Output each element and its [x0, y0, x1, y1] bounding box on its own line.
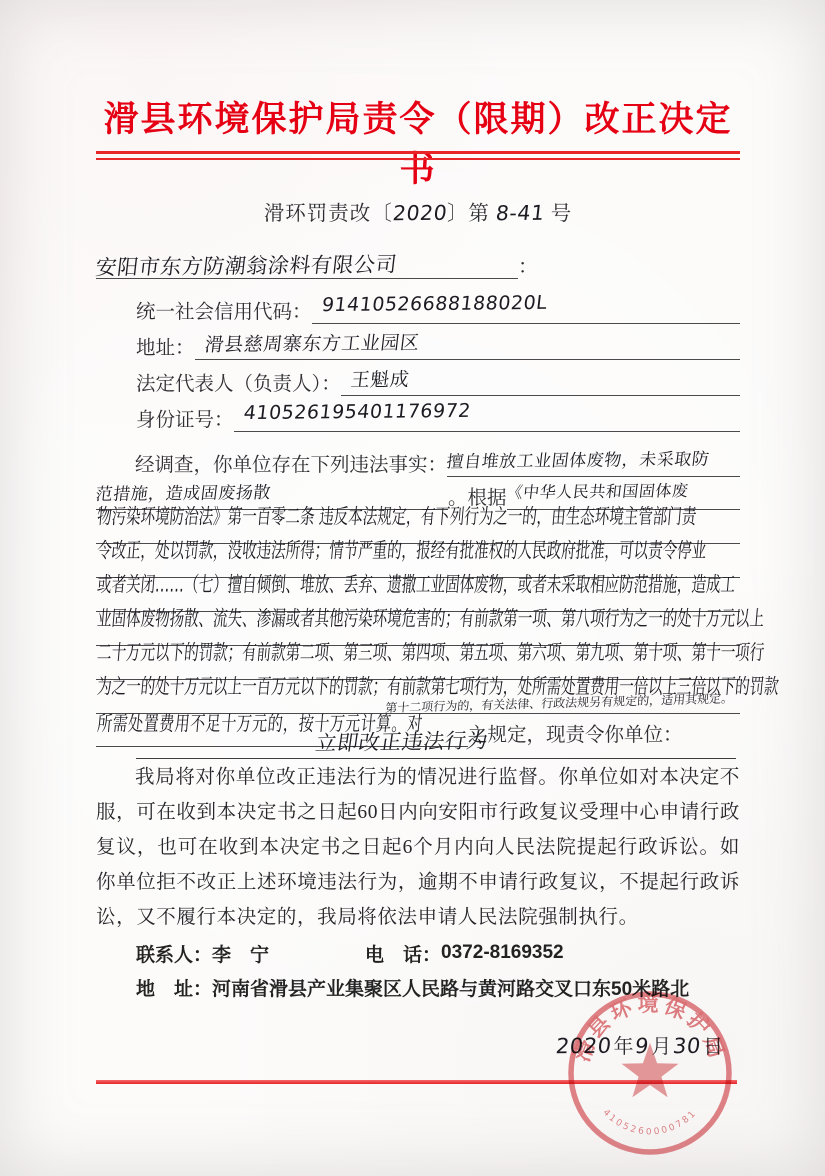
field-row-id-number: 身份证号： 410526195401176972: [136, 396, 740, 432]
order-handwritten: 立即改正违法行为: [314, 725, 491, 758]
field-underline: 91410526688188020L: [312, 293, 740, 324]
field-row-address: 地址： 滑县慈周寨东方工业园区: [136, 324, 740, 360]
doc-number-prefix: 滑环罚责改〔: [264, 203, 393, 225]
info-fields: 统一社会信用代码： 91410526688188020L 地址： 滑县慈周寨东方…: [96, 288, 740, 432]
scanned-document-page: 滑县环境保护局责令（限期）改正决定书 滑环罚责改〔2020〕第 8-41 号 安…: [0, 0, 825, 1176]
law-line-text: 二十万元以下的罚款；有前款第二项、第三项、第四项、第五项、第六项、第九项、第十项…: [96, 637, 766, 667]
field-label: 统一社会信用代码：: [136, 296, 312, 324]
supervision-paragraph: 我局将对你单位改正违法行为的情况进行监督。你单位如对本决定不服，可在收到本决定书…: [96, 760, 740, 935]
facts-lead-line: 经调查，你单位存在下列违法事实： 擅自堆放工业固体废物，未采取防: [96, 444, 740, 477]
field-label: 身份证号：: [136, 404, 234, 432]
field-label: 法定代表人（负责人）：: [136, 368, 341, 396]
doc-number-close: 〕第: [447, 203, 490, 225]
contact-person-name: 李 宁: [212, 940, 269, 967]
doc-number-line: 滑环罚责改〔2020〕第 8-41 号: [96, 196, 740, 226]
field-row-legal-rep: 法定代表人（负责人）： 王魁成: [136, 360, 740, 396]
field-underline: 410526195401176972: [234, 401, 740, 432]
contact-row-person: 联系人： 李 宁 电 话： 0372-8169352: [136, 936, 740, 970]
facts-section: 经调查，你单位存在下列违法事实： 擅自堆放工业固体废物，未采取防 范措施，造成固…: [96, 444, 740, 747]
seal-code-text: 4105260000781: [601, 1108, 700, 1138]
contact-person-label: 联系人：: [136, 940, 212, 967]
law-line-text: 或者关闭……（七）擅自倾倒、堆放、丢弃、遗撒工业固体废物，或者未采取相应防范措施…: [96, 569, 737, 599]
doc-number-num-handwritten: 8-41: [495, 201, 546, 226]
facts-underline-1: 擅自堆放工业固体废物，未采取防: [447, 446, 740, 477]
svg-text:4105260000781: 4105260000781: [601, 1108, 700, 1138]
correction-order-line: 立即改正违法行为: [136, 726, 736, 759]
basis-start-handwritten: 《中华人民共和国固体废: [505, 478, 689, 503]
legal-rep-handwritten: 王魁成: [349, 365, 411, 393]
doc-number-suffix: 号: [551, 203, 573, 225]
contact-addr-label: 地 址：: [136, 974, 212, 1001]
field-underline: 王魁成: [341, 365, 740, 396]
recipient-colon: ：: [518, 250, 538, 279]
document-title: 滑县环境保护局责令（限期）改正决定书: [96, 92, 740, 192]
credit-code-handwritten: 91410526688188020L: [320, 292, 548, 316]
field-label: 地址：: [136, 332, 195, 360]
id-number-handwritten: 410526195401176972: [242, 400, 471, 424]
official-seal: 滑县环境保护局 4105260000781: [562, 983, 742, 1163]
field-underline: 滑县慈周寨东方工业园区: [195, 329, 740, 360]
facts-handwritten-1: 擅自堆放工业固体废物，未采取防: [445, 445, 711, 473]
recipient-line: 安阳市东方防潮翁涂料有限公司 ：: [96, 250, 740, 279]
contact-phone-label: 电 话：: [365, 940, 441, 967]
facts-lead-text: 经调查，你单位存在下列违法事实：: [96, 449, 447, 477]
field-row-credit-code: 统一社会信用代码： 91410526688188020L: [136, 288, 740, 324]
law-line-text: 物污染环境防治法》第一百零二条 违反本法规定，有下列行为之一的，由生态环境主管部…: [96, 501, 698, 531]
law-line-text: 业固体废物扬散、流失、渗漏或者其他污染环境危害的；有前款第一项、第八项行为之一的…: [96, 603, 766, 633]
contact-phone-number: 0372-8169352: [441, 942, 564, 964]
doc-number-year-handwritten: 2020: [391, 201, 448, 226]
recipient-underline: 安阳市东方防潮翁涂料有限公司: [96, 250, 518, 279]
address-handwritten: 滑县慈周寨东方工业园区: [203, 328, 421, 357]
recipient-company-handwritten: 安阳市东方防潮翁涂料有限公司: [94, 248, 399, 281]
seal-star-icon: [622, 1043, 679, 1097]
red-double-rule: [96, 151, 740, 160]
law-line-text: 令改正，处以罚款，没收违法所得；情节严重的，报经有批准权的人民政府批准，可以责令…: [96, 535, 708, 565]
